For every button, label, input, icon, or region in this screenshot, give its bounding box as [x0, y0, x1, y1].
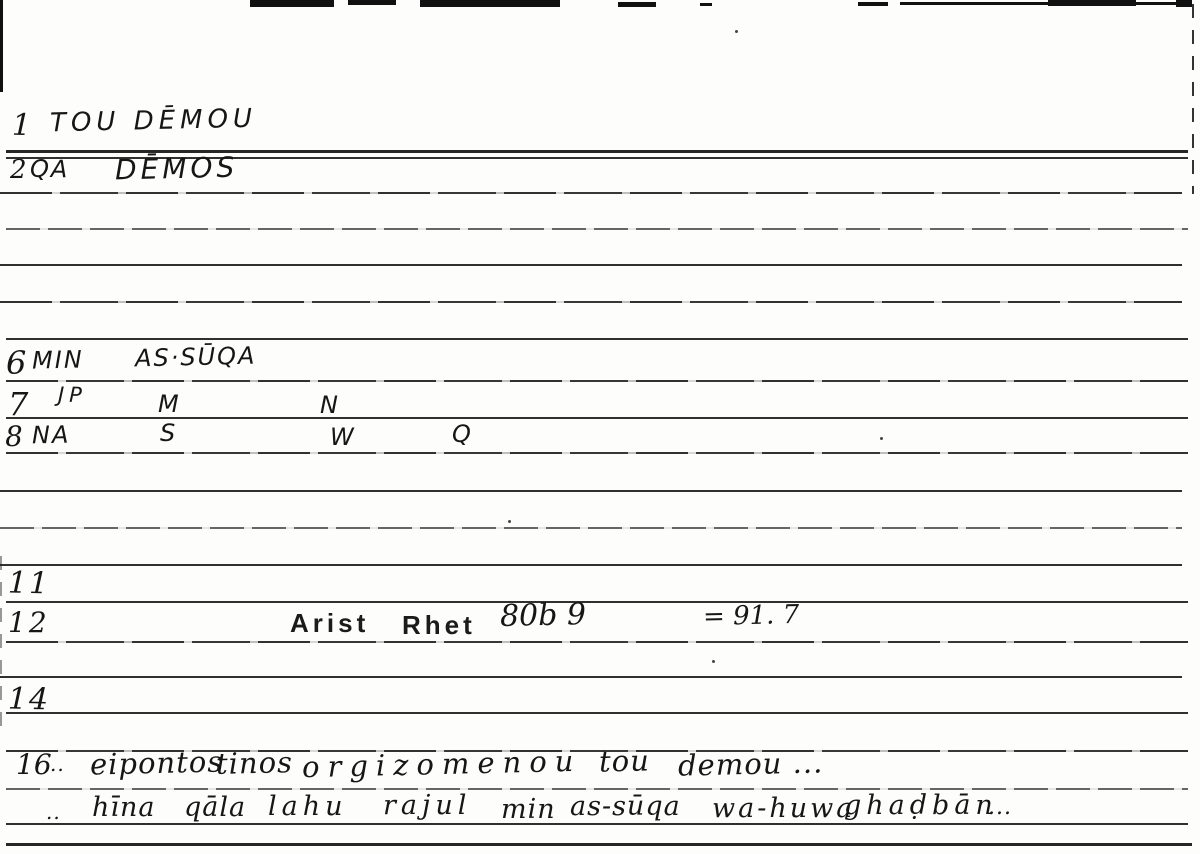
row-6-entry-as-suqa: AS·SŪQA — [135, 342, 257, 373]
row-17-trailing-dots: ... — [988, 795, 1012, 820]
speck — [508, 520, 511, 523]
ruled-line — [6, 712, 1188, 714]
row-2-number: 2 — [10, 155, 27, 185]
row-17-word-rajul: rajul — [383, 790, 471, 821]
row-17-word-lahu: lahu — [268, 791, 348, 822]
ruled-line — [6, 601, 1188, 603]
ruled-line — [6, 823, 1188, 825]
scan-edge-mark — [900, 2, 1188, 5]
ruled-line — [0, 301, 1182, 303]
row-12-citation-work: Rhet — [402, 610, 476, 641]
speck — [735, 30, 738, 33]
ruled-line — [0, 264, 1182, 266]
row-12-citation-author: Arist — [290, 608, 369, 639]
row-8-number: 8 — [4, 420, 23, 454]
ruled-line — [0, 676, 1182, 678]
scan-edge-mark — [1048, 0, 1136, 6]
row-17-word-ghadban: ghaḍbān — [844, 790, 998, 821]
ruled-line — [6, 641, 1188, 643]
row-7-entry-n: N — [320, 391, 340, 419]
scan-edge-mark — [1176, 0, 1192, 7]
row-2-entry-qa: QA — [30, 155, 70, 184]
ruled-line — [6, 788, 1188, 790]
row-17-word-hina: hīna — [92, 792, 156, 823]
row-1-number: 1 — [12, 108, 32, 143]
scanned-card: { "document": { "kind": "scanned handwri… — [0, 0, 1200, 854]
ruled-line — [6, 417, 1188, 419]
row-8-entry-q: Q — [452, 420, 473, 448]
row-1-entry-tou-demou: TOU DĒMOU — [50, 104, 258, 139]
row-6-entry-min: MIN — [32, 345, 84, 374]
row-12-citation-ref: 80b 9 — [500, 597, 587, 634]
row-12-number: 12 — [8, 606, 50, 639]
ruled-line — [6, 452, 1188, 454]
row-2-entry-demos: DĒMOS — [115, 151, 239, 187]
left-border-mark — [0, 0, 3, 92]
speck — [712, 660, 715, 663]
scan-edge-mark — [618, 2, 656, 7]
row-16-lead-dots: .. — [50, 752, 65, 776]
scan-edge-mark — [420, 0, 560, 7]
row-16-word-tinos: tinos — [216, 745, 294, 781]
ruled-line — [6, 380, 1188, 382]
ruled-line — [6, 338, 1188, 340]
scan-edge-mark — [700, 3, 712, 6]
row-17-word-min: min — [501, 794, 556, 825]
row-12-citation-equivalent: = 91. 7 — [703, 600, 800, 632]
row-16-word-demou: demou ... — [678, 745, 824, 782]
ruled-line — [0, 564, 1182, 566]
row-8-entry-w: W — [330, 423, 356, 451]
ruled-line — [0, 527, 1182, 529]
row-7-number: 7 — [8, 385, 28, 423]
speck — [880, 437, 883, 440]
row-17-lead-dots: .. — [46, 800, 61, 824]
row-16-word-eipontos: eipontos — [90, 744, 224, 781]
row-7-entry-jp: JP — [58, 383, 87, 408]
row-16-number: 16 — [16, 748, 52, 781]
row-6-number: 6 — [6, 344, 26, 382]
right-border-dashed-edge — [1192, 4, 1194, 194]
row-7-entry-m: M — [158, 390, 181, 418]
row-17-word-qala: qāla — [184, 792, 246, 823]
row-17-word-as-suqa: as-sūqa — [570, 791, 681, 822]
scan-edge-mark — [348, 0, 396, 5]
row-16-word-tou: tou — [599, 743, 651, 778]
ruled-line — [0, 192, 1182, 194]
row-16-word-orgizomenou: orgizomenou — [302, 744, 582, 784]
row-8-entry-na: NA — [32, 421, 71, 450]
row-8-entry-s: S — [160, 419, 177, 447]
ruled-line — [6, 843, 1192, 846]
ruled-line — [6, 228, 1188, 230]
row-11-number: 11 — [8, 566, 51, 602]
scan-edge-mark — [250, 0, 334, 7]
ruled-line — [0, 490, 1182, 492]
row-17-word-wa-huwa: wa-huwa — [712, 793, 855, 824]
scan-edge-mark — [858, 2, 888, 6]
row-14-number: 14 — [8, 682, 51, 718]
left-border-dashed-edge — [0, 556, 2, 726]
